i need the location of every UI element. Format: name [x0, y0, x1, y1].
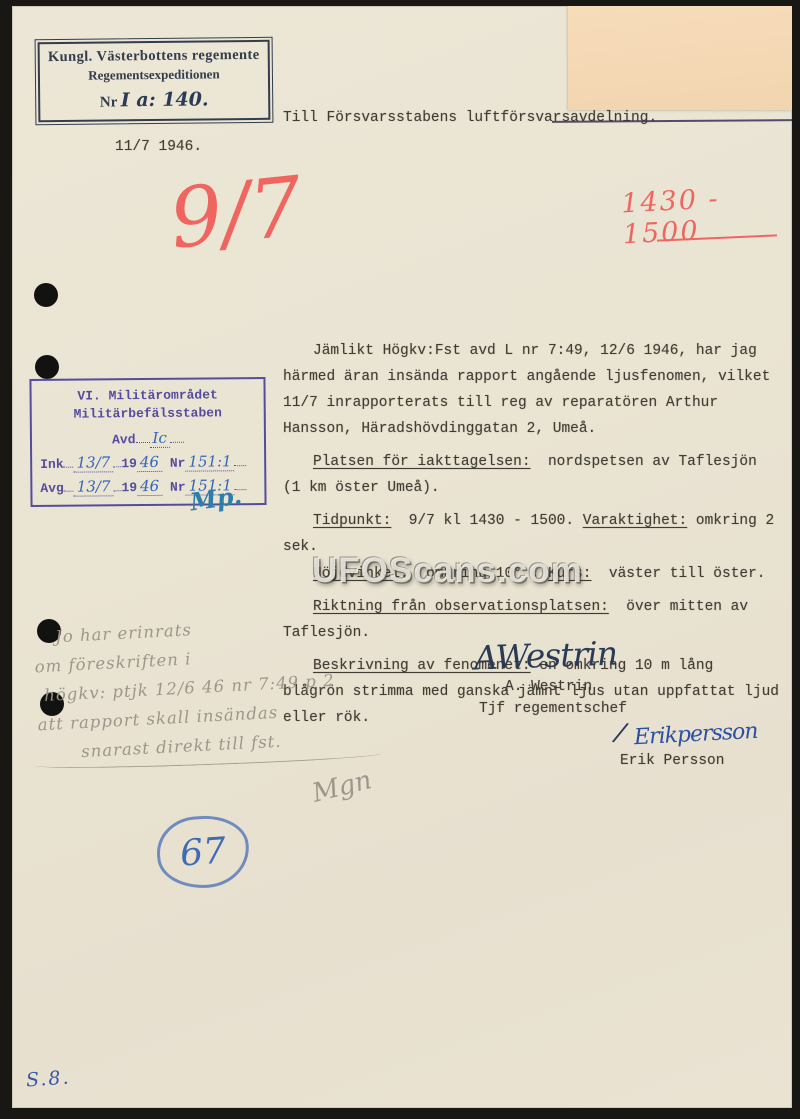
place-label: Platsen för iakttagelsen:: [313, 454, 531, 470]
arrival-stamp-district: VI. Militärområdet: [40, 386, 256, 406]
registry-stamp-number-row: Nr I a: 140.: [48, 88, 260, 112]
avg-label: Avg: [40, 481, 64, 496]
paper-patch: [568, 6, 792, 110]
red-time-annotation: 1430 - 1500: [620, 180, 793, 251]
avd-label: Avd: [112, 432, 136, 447]
duration-label: Varaktighet:: [583, 513, 687, 529]
document-scan: Kungl. Västerbottens regemente Regements…: [0, 0, 800, 1119]
punch-hole-2: [35, 355, 59, 379]
registry-stamp-regiment: Kungl. Västerbottens regemente: [48, 47, 260, 66]
persson-typed-name: Erik Persson: [620, 748, 724, 774]
westrin-signature-script: AWestrin: [473, 634, 617, 678]
avg-nr-label: Nr: [170, 480, 186, 495]
course-text: väster till öster.: [609, 566, 766, 582]
avg-year-prefix: 19: [121, 480, 137, 495]
pencil-note: Jo har erinrats om föreskriften i högkv:…: [32, 605, 399, 769]
ink-label: Ink: [40, 457, 64, 472]
archive-corner-mark: S.8.: [25, 1066, 71, 1091]
registry-stamp: Kungl. Västerbottens regemente Regements…: [35, 37, 274, 125]
punch-hole-1: [34, 283, 58, 307]
letter-date: 11/7 1946.: [115, 134, 202, 160]
avg-year-handwritten: 46: [137, 477, 162, 496]
ink-year-handwritten: 46: [137, 453, 162, 472]
ink-nr-label: Nr: [170, 456, 186, 471]
red-date-annotation: 9/7: [165, 159, 306, 267]
paragraph-intro: Jämlikt Högkv:Fst avd L nr 7:49, 12/6 19…: [283, 338, 779, 442]
circled-page-number: 67: [155, 813, 252, 891]
clerk-initials: Mp.: [188, 481, 243, 517]
westrin-typed-title: Tjf regementschef: [479, 696, 627, 722]
registry-stamp-office: Regementsexpeditionen: [48, 66, 260, 84]
ink-year-prefix: 19: [121, 456, 137, 471]
registry-nr-handwritten: I a: 140.: [121, 88, 209, 111]
ink-date-handwritten: 13/7: [74, 453, 114, 472]
ink-strike-line: [552, 119, 792, 123]
time-text: 9/7 kl 1430 - 1500.: [409, 513, 574, 529]
page-number-value: 67: [179, 830, 228, 874]
paragraph-place: Platsen för iakttagelsen: nordspetsen av…: [283, 449, 779, 501]
avg-date-handwritten: 13/7: [74, 477, 114, 496]
arrival-stamp-ink-row: Ink13/71946 Nr151:1: [40, 452, 256, 472]
persson-signature-script: Erikpersson: [633, 719, 758, 750]
avd-handwritten: Ic: [149, 429, 169, 448]
arrival-stamp-staff: Militärbefälsstaben: [40, 404, 256, 424]
recipient-line: Till Försvarsstabens luftförsvarsavdelni…: [283, 105, 657, 131]
ink-nr-handwritten: 151:1: [185, 452, 234, 471]
registry-nr-label: Nr: [100, 94, 117, 110]
pencil-initials: Mgn: [309, 765, 374, 809]
ufoscans-watermark: UFOScans.com: [312, 551, 583, 591]
time-label: Tidpunkt:: [313, 513, 391, 529]
arrival-stamp-avd-row: AvdIc: [40, 428, 256, 448]
letter-paper: Kungl. Västerbottens regemente Regements…: [12, 6, 792, 1108]
registry-stamp-frame: Kungl. Västerbottens regemente Regements…: [38, 40, 271, 122]
